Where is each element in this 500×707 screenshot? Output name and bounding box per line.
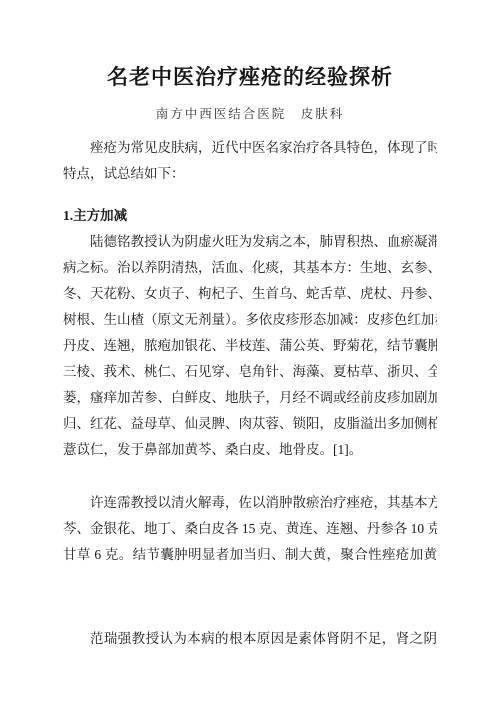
text-line: 特点，试总结如下： [63, 161, 437, 187]
document-content: 名老中医治疗痤疮的经验探析 南方中西医结合医院 皮肤科 痤疮为常见皮肤病，近代中… [63, 62, 437, 652]
text-line: 范瑞强教授认为本病的根本原因是素体肾阴不足，肾之阴阳平衡 [63, 626, 437, 652]
text-line: 芩、金银花、地丁、桑白皮各 15 克、黄连、连翘、丹参各 10 克、 [63, 516, 437, 542]
intro-paragraph: 痤疮为常见皮肤病，近代中医名家治疗各具特色，体现了时代的 特点，试总结如下： [63, 135, 437, 187]
text-line: 病之标。治以养阴清热，活血、化痰，其基本方：生地、玄参、麦 [63, 255, 437, 281]
text-line: 归、红花、益母草、仙灵脾、肉苁蓉、锁阳，皮脂溢出多加侧柏叶、 [63, 411, 437, 437]
text-line: 树根、生山楂（原文无剂量）。多依皮疹形态加减：皮疹色红加赤芍、 [63, 307, 437, 333]
paragraph-xu-lianpei: 许连霈教授以清火解毒，佐以消肿散瘀治疗痤疮，其基本方为黄 芩、金银花、地丁、桑白… [63, 490, 437, 568]
document-page: 名老中医治疗痤疮的经验探析 南方中西医结合医院 皮肤科 痤疮为常见皮肤病，近代中… [0, 0, 500, 707]
text-line: 丹皮、连翘，脓疱加银花、半枝莲、蒲公英、野菊花，结节囊肿加 [63, 333, 437, 359]
text-line: 蒌，瘙痒加苦参、白鲜皮、地肤子，月经不调或经前皮疹加剧加当 [63, 385, 437, 411]
text-line: 许连霈教授以清火解毒，佐以消肿散瘀治疗痤疮，其基本方为黄 [63, 490, 437, 516]
doc-byline: 南方中西医结合医院 皮肤科 [63, 105, 437, 123]
section-heading: 1.主方加减 [63, 203, 437, 229]
paragraph-lu-deming: 陆德铭教授认为阴虚火旺为发病之本，肺胃积热、血瘀凝滞为发 病之标。治以养阴清热，… [63, 229, 437, 463]
text-line: 三棱、莪术、桃仁、石见穿、皂角针、海藻、夏枯草、浙贝、全瓜 [63, 359, 437, 385]
text-line: 冬、天花粉、女贞子、枸杞子、生首乌、蛇舌草、虎杖、丹参、茶 [63, 281, 437, 307]
text-line: 陆德铭教授认为阴虚火旺为发病之本，肺胃积热、血瘀凝滞为发 [63, 229, 437, 255]
doc-title: 名老中医治疗痤疮的经验探析 [63, 62, 437, 92]
paragraph-fan-ruiqiang: 范瑞强教授认为本病的根本原因是素体肾阴不足，肾之阴阳平衡 [63, 626, 437, 652]
text-line: 甘草 6 克。结节囊肿明显者加当归、制大黄，聚合性痤疮加黄柏[2]。 [63, 542, 437, 568]
text-line: 薏苡仁，发于鼻部加黄芩、桑白皮、地骨皮。[1]。 [63, 437, 437, 463]
text-line: 痤疮为常见皮肤病，近代中医名家治疗各具特色，体现了时代的 [63, 135, 437, 161]
